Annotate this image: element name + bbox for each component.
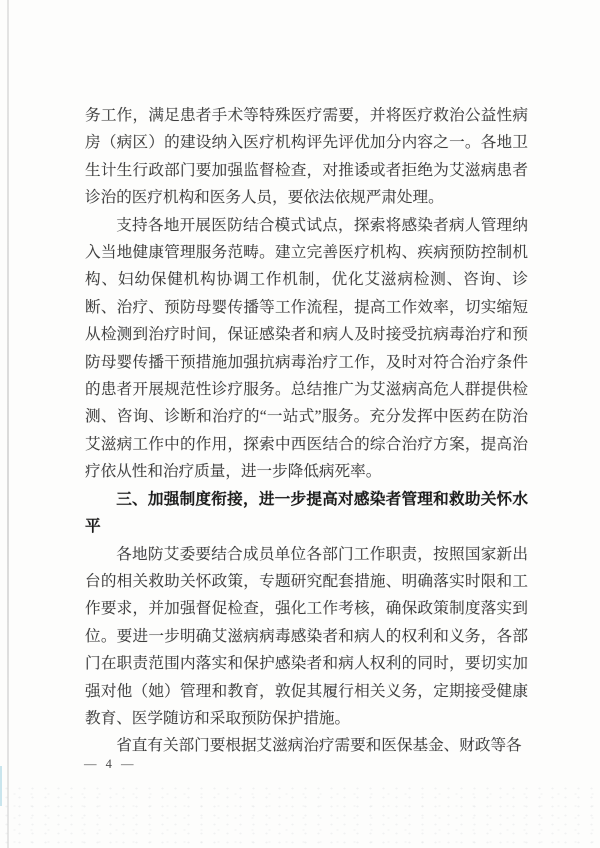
document-body: 务工作，满足患者手术等特殊医疗需要，并将医疗救治公益性病房（病区）的建设纳入医疗… xyxy=(85,102,528,760)
section-heading: 三、加强制度衔接，进一步提高对感染者管理和救助关怀水平 xyxy=(85,486,528,541)
scan-artifact-mark xyxy=(0,766,2,806)
page-number: — 4 — xyxy=(84,757,137,772)
body-paragraph: 支持各地开展医防结合模式试点，探索将感染者病人管理纳入当地健康管理服务范畴。建立… xyxy=(85,212,528,486)
scan-edge-line xyxy=(7,0,9,848)
body-paragraph-continued: 务工作，满足患者手术等特殊医疗需要，并将医疗救治公益性病房（病区）的建设纳入医疗… xyxy=(85,102,528,212)
body-paragraph: 省直有关部门要根据艾滋病治疗需要和医保基金、财政等各 xyxy=(85,732,528,759)
scan-noise-texture xyxy=(0,784,600,848)
body-paragraph: 各地防艾委要结合成员单位各部门工作职责，按照国家新出台的相关救助关怀政策，专题研… xyxy=(85,541,528,733)
document-page: 务工作，满足患者手术等特殊医疗需要，并将医疗救治公益性病房（病区）的建设纳入医疗… xyxy=(0,0,600,848)
